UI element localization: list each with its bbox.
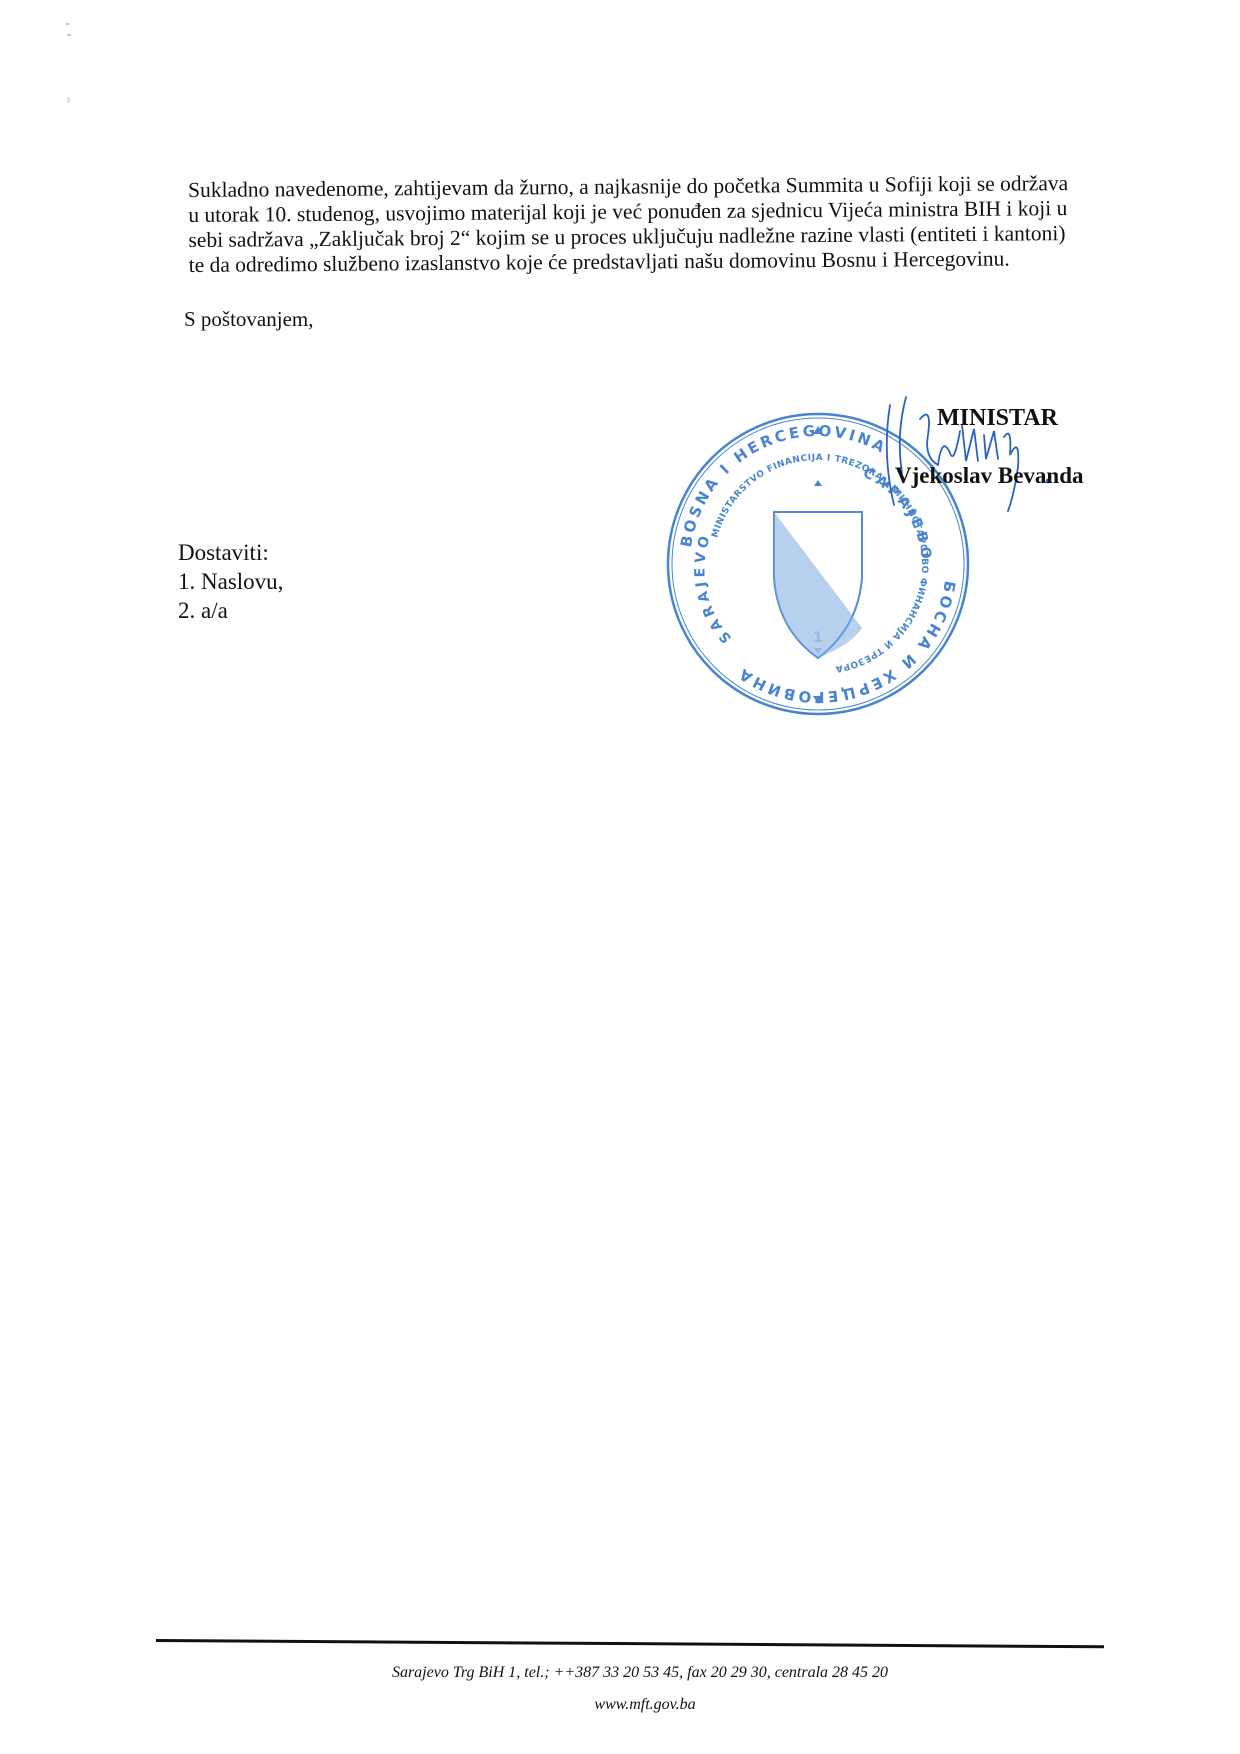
scan-artifact — [66, 23, 69, 25]
footer-divider — [156, 1639, 1104, 1648]
distribution-item: 1. Naslovu, — [178, 567, 283, 596]
scan-artifact — [67, 34, 71, 36]
scan-artifact — [67, 97, 70, 103]
signatory-title: MINISTAR — [937, 405, 1058, 432]
svg-text:SARAJEVO: SARAJEVO — [692, 531, 735, 646]
closing-salutation: S poštovanjem, — [184, 307, 314, 332]
distribution-heading: Dostaviti: — [178, 538, 283, 567]
distribution-list: Dostaviti: 1. Naslovu, 2. a/a — [178, 538, 283, 625]
footer-address: Sarajevo Trg BiH 1, tel.; ++387 33 20 53… — [0, 1664, 1240, 1682]
signatory-name: Vjekoslav Bevanda — [895, 463, 1084, 489]
body-paragraph: Sukladno navedenome, zahtijevam da žurno… — [188, 171, 1129, 278]
footer-website: www.mft.gov.ba — [0, 1696, 1240, 1714]
distribution-item: 2. a/a — [178, 596, 283, 625]
